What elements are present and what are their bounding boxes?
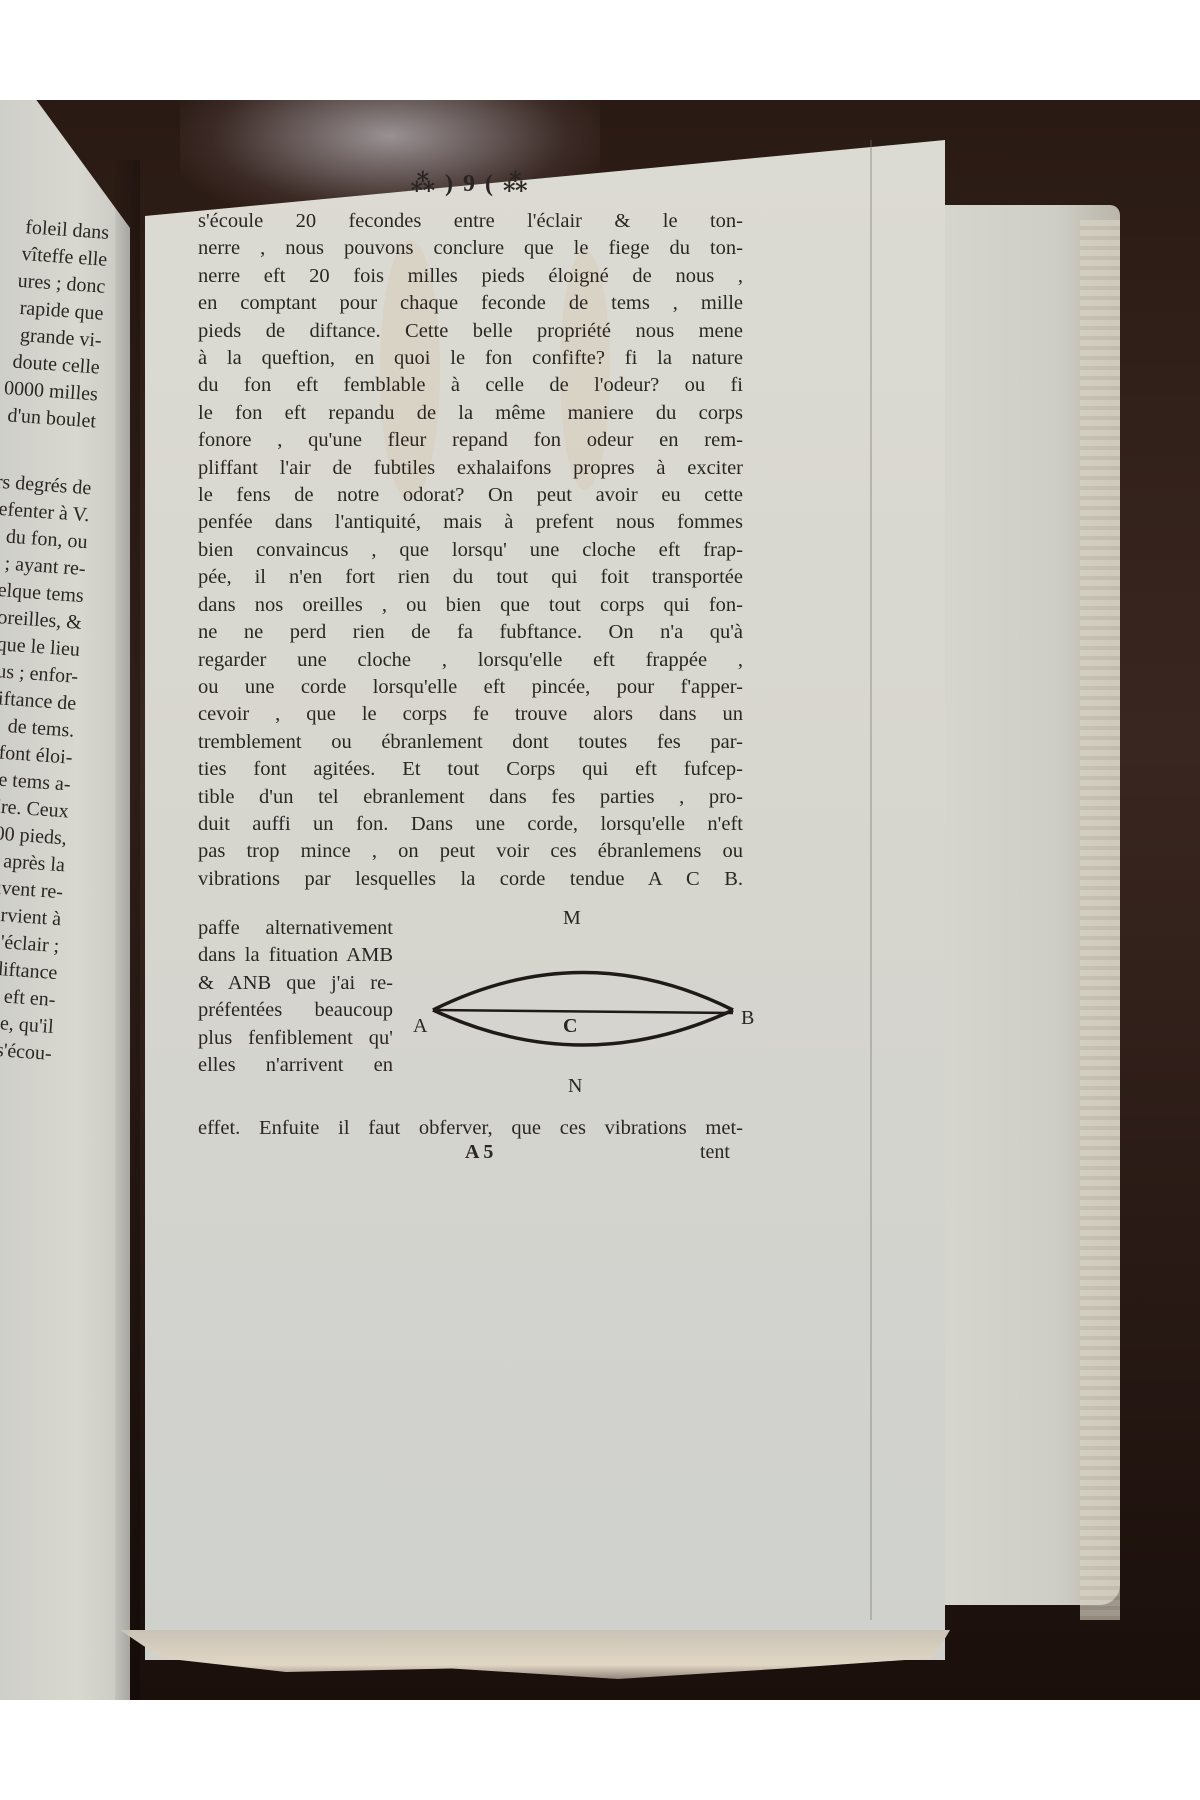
text-line: préfentées beaucoup <box>198 997 393 1024</box>
text-line: dans nos oreilles , ou bien que tout cor… <box>198 592 743 619</box>
signature-mark: A 5 <box>465 1141 493 1164</box>
text-line: paffe alternativement <box>198 915 393 942</box>
diagram-label-m: M <box>563 907 581 930</box>
text-line: le fon eft repandu de la même maniere du… <box>198 400 743 427</box>
catchword: tent <box>700 1141 730 1164</box>
text-line: à la queftion, en quoi le fon confifte? … <box>198 345 743 372</box>
text-line: le fens de notre odorat? On peut avoir e… <box>198 482 743 509</box>
left-page: foleil dans vîteffe elle ures ; donc rap… <box>0 100 130 1700</box>
text-line: elles n'arrivent en <box>198 1052 393 1079</box>
page-body-text: s'écoule 20 fecondes entre l'éclair & le… <box>198 208 743 893</box>
figure-wrap-text: paffe alternativement dans la fituation … <box>198 915 393 1079</box>
gutter-shadow <box>115 160 140 1700</box>
vibrating-string-diagram: M A C B N <box>413 915 743 1105</box>
figure-block: paffe alternativement dans la fituation … <box>198 915 743 1115</box>
deckled-bottom-edge <box>120 1630 950 1700</box>
text-line: duit auffi un fon. Dans une corde, lorsq… <box>198 811 743 838</box>
text-line: ties font agitées. Et tout Corps qui eft… <box>198 756 743 783</box>
text-line: tremblement ou ébranlement dont toutes f… <box>198 729 743 756</box>
text-line: & ANB que j'ai re- <box>198 970 393 997</box>
diagram-label-n: N <box>568 1075 582 1098</box>
text-line: pliffant l'air de fubtiles exhalaifons p… <box>198 455 743 482</box>
text-line: cevoir , que le corps fe trouve alors da… <box>198 701 743 728</box>
page-fold-line <box>870 140 872 1620</box>
text-line: fonore , qu'une fleur repand fon odeur e… <box>198 427 743 454</box>
text-line: pas trop mince , on peut voir ces ébranl… <box>198 838 743 865</box>
text-line: effet. Enfuite il faut obferver, que ces… <box>198 1115 743 1142</box>
text-line: ou une corde lorsqu'elle eft pincée, pou… <box>198 674 743 701</box>
diagram-label-a: A <box>413 1015 427 1038</box>
text-line: pée, il n'en fort rien du tout qui foit … <box>198 564 743 591</box>
diagram-label-c: C <box>563 1015 577 1038</box>
text-line: vibrations par lesquelles la corde tendu… <box>198 866 743 893</box>
text-line: regarder une cloche , lorsqu'elle eft fr… <box>198 647 743 674</box>
text-line: ne ne perd rien de fa fubftance. On n'a … <box>198 619 743 646</box>
text-line: penfée dans l'antiquité, mais à prefent … <box>198 509 743 536</box>
text-line: en comptant pour chaque feconde de tems … <box>198 290 743 317</box>
text-line: s'écoule 20 fecondes entre l'éclair & le… <box>198 208 743 235</box>
text-line: tible d'un tel ebranlement dans fes part… <box>198 784 743 811</box>
diagram-label-b: B <box>741 1007 754 1030</box>
text-line: plus fenfiblement qu' <box>198 1025 393 1052</box>
text-line: du fon eft femblable à celle de l'odeur?… <box>198 372 743 399</box>
text-line: dans la fituation AMB <box>198 942 393 969</box>
text-line: bien convaincus , que lorsqu' une cloche… <box>198 537 743 564</box>
text-line: nerre , nous pouvons conclure que le fie… <box>198 235 743 262</box>
text-line: nerre eft 20 fois milles pieds éloigné d… <box>198 263 743 290</box>
page-header-ornament: ⁂ ) 9 ( ⁂ <box>370 168 570 198</box>
left-page-text: foleil dans vîteffe elle ures ; donc rap… <box>0 212 110 1068</box>
text-line: pieds de diftance. Cette belle propriété… <box>198 318 743 345</box>
ragged-page-edges <box>1080 220 1120 1620</box>
